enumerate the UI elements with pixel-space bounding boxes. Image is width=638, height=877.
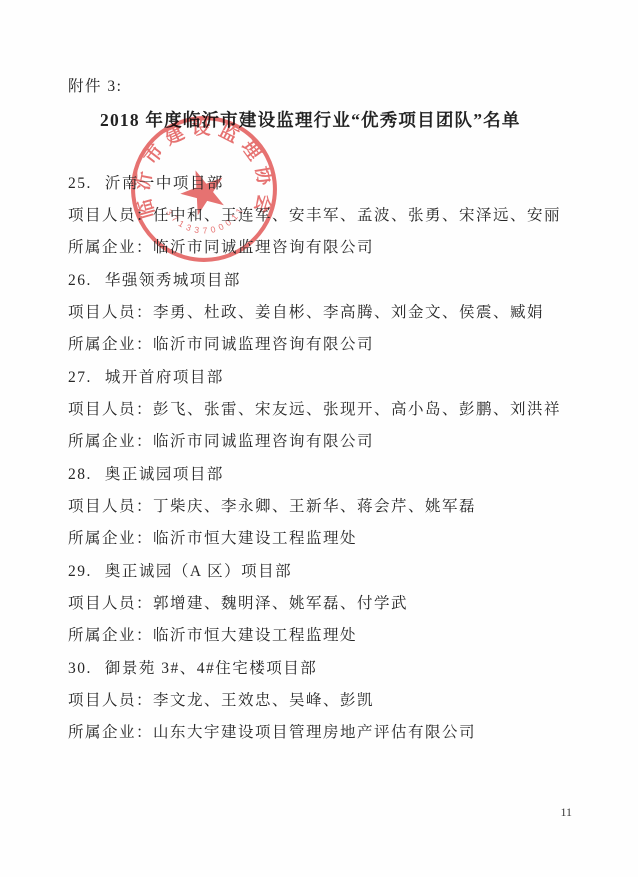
members-label: 项目人员： bbox=[68, 498, 153, 515]
members-label: 项目人员： bbox=[68, 207, 153, 224]
members-label: 项目人员： bbox=[68, 304, 153, 321]
team-index: 25. bbox=[68, 175, 92, 192]
company-label: 所属企业： bbox=[68, 724, 153, 741]
company-value: 临沂市同诚监理咨询有限公司 bbox=[153, 336, 374, 353]
company-value: 山东大宇建设项目管理房地产评估有限公司 bbox=[153, 724, 476, 741]
team-name: 奥正诚园项目部 bbox=[105, 466, 224, 483]
team-list: 25.沂南一中项目部 项目人员：任中和、王连军、安丰军、孟波、张勇、宋泽远、安丽… bbox=[68, 168, 598, 749]
team-index: 26. bbox=[68, 272, 92, 289]
company-value: 临沂市恒大建设工程监理处 bbox=[153, 627, 357, 644]
members-value: 李文龙、王效忠、吴峰、彭凯 bbox=[153, 692, 374, 709]
company-label: 所属企业： bbox=[68, 239, 153, 256]
company-label: 所属企业： bbox=[68, 336, 153, 353]
members-label: 项目人员： bbox=[68, 692, 153, 709]
company-value: 临沂市恒大建设工程监理处 bbox=[153, 530, 357, 547]
company-value: 临沂市同诚监理咨询有限公司 bbox=[153, 239, 374, 256]
members-value: 彭飞、张雷、宋友远、张现开、高小岛、彭鹏、刘洪祥 bbox=[153, 401, 561, 418]
members-value: 任中和、王连军、安丰军、孟波、张勇、宋泽远、安丽 bbox=[153, 207, 561, 224]
team-entry-30: 30.御景苑 3#、4#住宅楼项目部 项目人员：李文龙、王效忠、吴峰、彭凯 所属… bbox=[68, 653, 598, 749]
page-number: 11 bbox=[560, 805, 572, 820]
page-title: 2018 年度临沂市建设监理行业“优秀项目团队”名单 bbox=[100, 107, 521, 132]
attachment-label: 附件 3: bbox=[68, 74, 122, 96]
members-label: 项目人员： bbox=[68, 401, 153, 418]
team-entry-28: 28.奥正诚园项目部 项目人员：丁柴庆、李永卿、王新华、蒋会芹、姚军磊 所属企业… bbox=[68, 459, 598, 555]
members-value: 郭增建、魏明泽、姚军磊、付学武 bbox=[153, 595, 408, 612]
team-name: 奥正诚园（A 区）项目部 bbox=[105, 563, 292, 580]
team-index: 28. bbox=[68, 466, 92, 483]
team-index: 27. bbox=[68, 369, 92, 386]
team-index: 29. bbox=[68, 563, 92, 580]
team-entry-27: 27.城开首府项目部 项目人员：彭飞、张雷、宋友远、张现开、高小岛、彭鹏、刘洪祥… bbox=[68, 362, 598, 458]
members-value: 李勇、杜政、姜自彬、李高腾、刘金文、侯震、臧娟 bbox=[153, 304, 544, 321]
members-label: 项目人员： bbox=[68, 595, 153, 612]
team-name: 御景苑 3#、4#住宅楼项目部 bbox=[105, 660, 317, 677]
company-label: 所属企业： bbox=[68, 433, 153, 450]
company-value: 临沂市同诚监理咨询有限公司 bbox=[153, 433, 374, 450]
document-page: 附件 3: 2018 年度临沂市建设监理行业“优秀项目团队”名单 临沂市建设监理… bbox=[0, 0, 638, 877]
team-name: 沂南一中项目部 bbox=[105, 175, 224, 192]
company-label: 所属企业： bbox=[68, 627, 153, 644]
members-value: 丁柴庆、李永卿、王新华、蒋会芹、姚军磊 bbox=[153, 498, 476, 515]
team-name: 华强领秀城项目部 bbox=[105, 272, 241, 289]
team-entry-26: 26.华强领秀城项目部 项目人员：李勇、杜政、姜自彬、李高腾、刘金文、侯震、臧娟… bbox=[68, 265, 598, 361]
company-label: 所属企业： bbox=[68, 530, 153, 547]
team-entry-29: 29.奥正诚园（A 区）项目部 项目人员：郭增建、魏明泽、姚军磊、付学武 所属企… bbox=[68, 556, 598, 652]
team-name: 城开首府项目部 bbox=[105, 369, 224, 386]
team-index: 30. bbox=[68, 660, 92, 677]
team-entry-25: 25.沂南一中项目部 项目人员：任中和、王连军、安丰军、孟波、张勇、宋泽远、安丽… bbox=[68, 168, 598, 264]
